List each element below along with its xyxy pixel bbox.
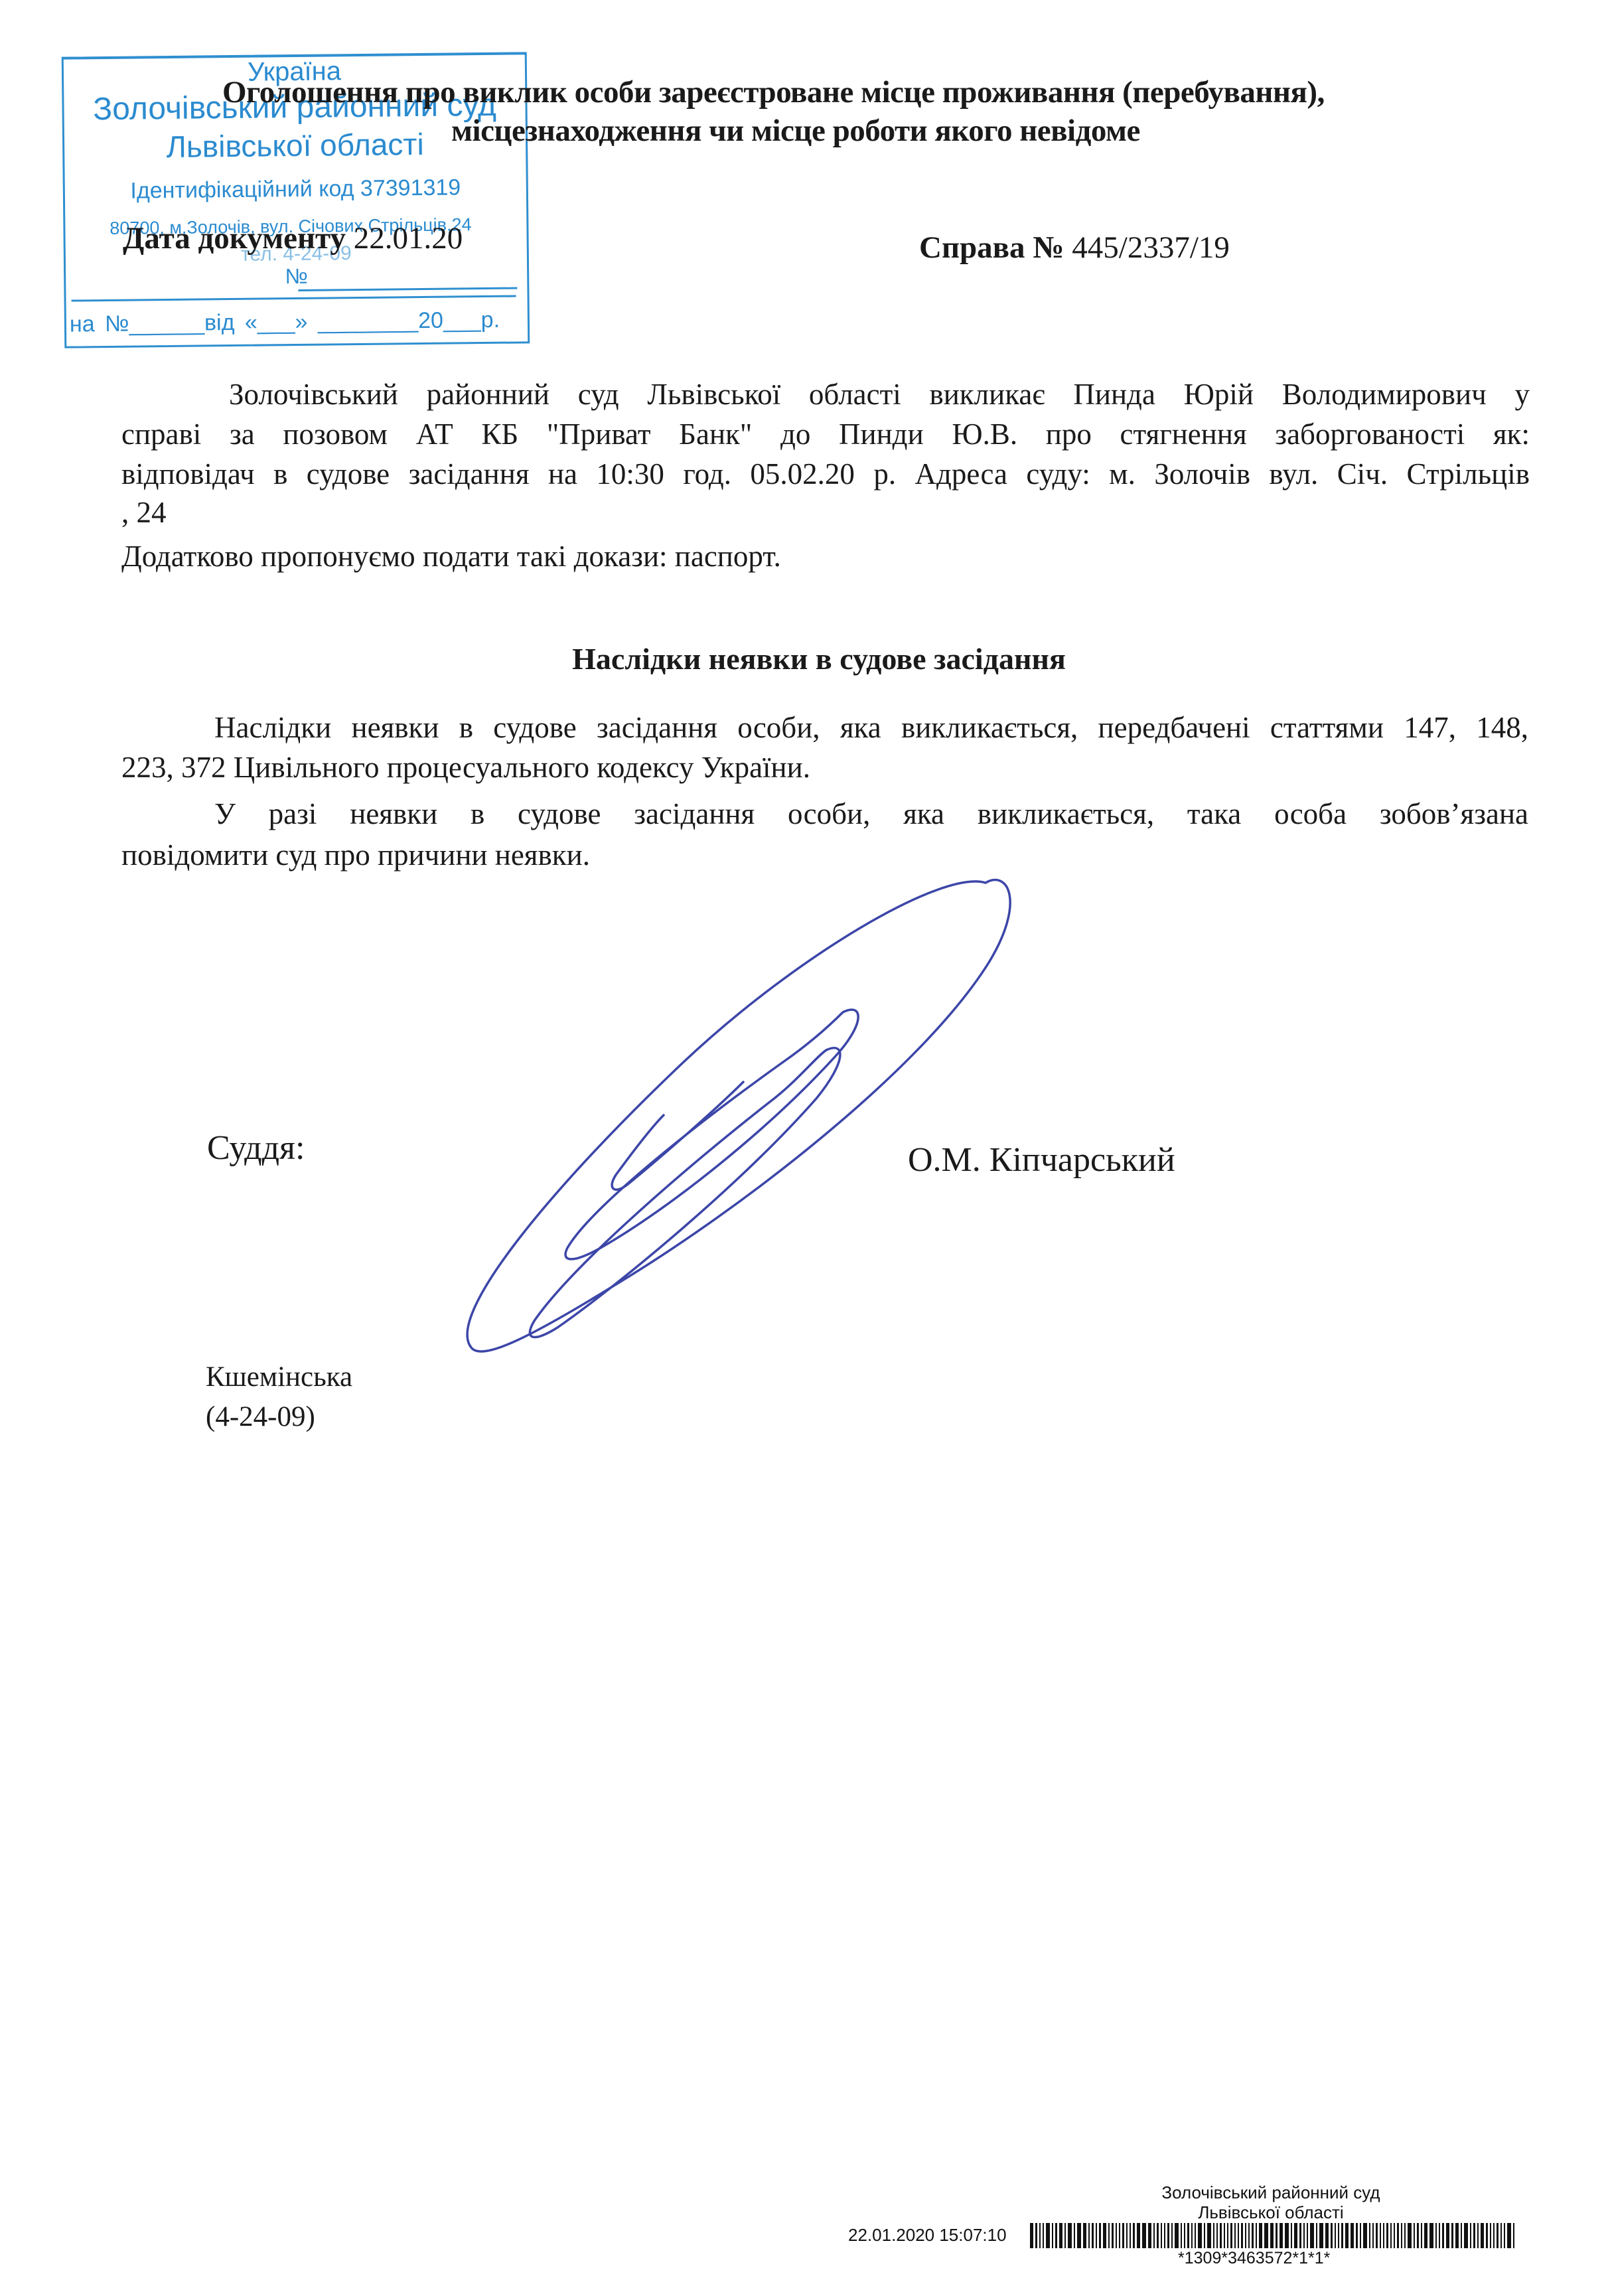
barcode-bar [1148, 2223, 1151, 2248]
barcode-bar [1270, 2223, 1274, 2248]
barcode-bar [1404, 2223, 1406, 2248]
barcode-bar [1331, 2223, 1332, 2248]
barcode-bar [1397, 2223, 1398, 2248]
barcode-bar [1175, 2223, 1178, 2248]
barcode-bar [1394, 2223, 1395, 2248]
barcode-bar [1513, 2223, 1514, 2248]
barcode-bar [1429, 2223, 1433, 2248]
barcode-bar [1161, 2223, 1162, 2248]
barcode-bar [1064, 2223, 1066, 2248]
barcode-bar [1424, 2223, 1427, 2248]
consequences-heading: Наслідки неявки в судове засідання [0, 641, 1608, 676]
barcode-bar [1157, 2223, 1158, 2248]
consequences-p1-line1: Наслідки неявки в судове засідання особи… [214, 710, 1528, 745]
judge-name: О.М. Кіпчарський [908, 1140, 1175, 1180]
executor-phone: (4-24-09) [206, 1401, 315, 1433]
barcode-bar [1439, 2223, 1440, 2248]
barcode-bar [1291, 2223, 1292, 2248]
stamp-reference: на №______від «___» ________20___р. [70, 307, 531, 337]
footer-court-line2: Львівської області [1158, 2202, 1384, 2223]
barcode-bar [1390, 2223, 1392, 2248]
barcode-bar [1227, 2223, 1228, 2248]
barcode-bar [1376, 2223, 1377, 2248]
barcode-bar [1191, 2223, 1193, 2248]
document-date: Дата документу 22.01.20 [123, 220, 463, 256]
barcode-bar [1052, 2223, 1053, 2248]
stamp-id-code: Ідентифікаційний код 37391319 [65, 174, 526, 204]
barcode-bar [1068, 2223, 1071, 2248]
barcode-bar [1122, 2223, 1124, 2248]
barcode-bar [1213, 2223, 1214, 2248]
consequences-p2-line2: повідомити суд про причини неявки. [121, 838, 590, 872]
barcode-bar [1408, 2223, 1411, 2248]
barcode-bar [1055, 2223, 1057, 2248]
handwritten-signature [372, 863, 1035, 1367]
barcode-bar [1184, 2223, 1185, 2248]
barcode-bar [1035, 2223, 1037, 2248]
barcode-bar [1455, 2223, 1459, 2248]
barcode-bar [1130, 2223, 1131, 2248]
barcode-bar [1369, 2223, 1370, 2248]
barcode-bar [1383, 2223, 1384, 2248]
barcode-bar [1303, 2223, 1305, 2248]
barcode-bar [1276, 2223, 1277, 2248]
barcode-bar [1099, 2223, 1100, 2248]
barcode-bar [1319, 2223, 1323, 2248]
stamp-divider [72, 295, 516, 302]
barcode-bar [1030, 2223, 1033, 2248]
barcode-bar [1245, 2223, 1246, 2248]
consequences-p1-line2: 223, 372 Цивільного процесуального кодек… [121, 750, 810, 785]
barcode-bar [1264, 2223, 1268, 2248]
barcode-bar [1234, 2223, 1236, 2248]
barcode-bar [1325, 2223, 1329, 2248]
barcode-bar [1380, 2223, 1381, 2248]
barcode-bar [1039, 2223, 1041, 2248]
barcode-bar [1103, 2223, 1106, 2248]
barcode-bar [1279, 2223, 1283, 2248]
document-title-line2: місцезнаходження чи місце роботи якого н… [451, 113, 1140, 149]
barcode-bar [1338, 2223, 1339, 2248]
barcode-bar [1461, 2223, 1462, 2248]
barcode-bar [1446, 2223, 1449, 2248]
barcode-bar [1092, 2223, 1093, 2248]
barcode-bar [1486, 2223, 1487, 2248]
barcode-bar [1356, 2223, 1357, 2248]
barcode-bar [1252, 2223, 1253, 2248]
barcode-bar [1372, 2223, 1374, 2248]
barcode-bar [1046, 2223, 1049, 2248]
barcode-bar [1119, 2223, 1120, 2248]
barcode-bar [1171, 2223, 1173, 2248]
barcode-bar [1507, 2223, 1510, 2248]
barcode-bar [1204, 2223, 1205, 2248]
barcode-bar [1112, 2223, 1113, 2248]
case-label: Справа № [919, 230, 1064, 265]
barcode-bar [1497, 2223, 1498, 2248]
barcode-bar [1299, 2223, 1301, 2248]
barcode-bar [1096, 2223, 1097, 2248]
barcode-bar [1341, 2223, 1343, 2248]
barcode-bar [1241, 2223, 1242, 2248]
case-number: Справа № 445/2337/19 [919, 230, 1230, 266]
barcode-bar [1126, 2223, 1128, 2248]
barcode-bar [1386, 2223, 1388, 2248]
barcode-bar [1238, 2223, 1239, 2248]
barcode-bar [1294, 2223, 1297, 2248]
document-title-line1: Оголошення про виклик особи зареєстрован… [222, 74, 1325, 110]
barcode-bar [1421, 2223, 1422, 2248]
barcode-bar [1137, 2223, 1140, 2248]
barcode-bar [1307, 2223, 1308, 2248]
barcode-bar [1256, 2223, 1257, 2248]
barcode-bar [1248, 2223, 1250, 2248]
barcode-bar [1345, 2223, 1349, 2248]
barcode-bar [1195, 2223, 1196, 2248]
barcode-bar [1116, 2223, 1117, 2248]
footer-court-line1: Золочівський районний суд [1158, 2182, 1384, 2203]
barcode-bar [1153, 2223, 1155, 2248]
barcode [1030, 2223, 1514, 2248]
barcode-bar [1207, 2223, 1210, 2248]
barcode-bar [1481, 2223, 1484, 2248]
barcode-bar [1074, 2223, 1075, 2248]
barcode-bar [1164, 2223, 1165, 2248]
barcode-bar [1464, 2223, 1467, 2248]
summons-line-4: , 24 [121, 495, 167, 530]
barcode-bar [1310, 2223, 1313, 2248]
barcode-bar [1043, 2223, 1044, 2248]
barcode-bar [1351, 2223, 1354, 2248]
barcode-bar [1504, 2223, 1505, 2248]
date-value: 22.01.20 [354, 221, 463, 256]
barcode-bar [1360, 2223, 1361, 2248]
barcode-bar [1500, 2223, 1502, 2248]
evidence-line: Додатково пропонуємо подати такі докази:… [121, 539, 781, 574]
barcode-bar [1470, 2223, 1471, 2248]
barcode-bar [1363, 2223, 1366, 2248]
barcode-bar [1435, 2223, 1437, 2248]
executor-name: Кшемінська [206, 1361, 352, 1393]
barcode-bar [1088, 2223, 1090, 2248]
barcode-bar [1490, 2223, 1491, 2248]
barcode-bar [1473, 2223, 1475, 2248]
footer-timestamp: 22.01.2020 15:07:10 [848, 2225, 1007, 2246]
barcode-bar [1442, 2223, 1443, 2248]
barcode-bar [1216, 2223, 1218, 2248]
barcode-bar [1285, 2223, 1288, 2248]
date-label: Дата документу [123, 221, 346, 256]
barcode-bar [1133, 2223, 1134, 2248]
summons-line-3: відповідач в судове засідання на 10:30 г… [121, 457, 1530, 491]
barcode-bar [1417, 2223, 1418, 2248]
barcode-bar [1108, 2223, 1110, 2248]
barcode-bar [1493, 2223, 1495, 2248]
barcode-bar [1059, 2223, 1062, 2248]
judge-label: Суддя: [207, 1128, 305, 1168]
barcode-bar [1083, 2223, 1086, 2248]
barcode-bar [1477, 2223, 1479, 2248]
barcode-bar [1335, 2223, 1336, 2248]
barcode-bar [1142, 2223, 1145, 2248]
barcode-text: *1309*3463572*1*1* [1178, 2249, 1330, 2268]
barcode-bar [1259, 2223, 1262, 2248]
case-value: 445/2337/19 [1072, 230, 1230, 265]
barcode-bar [1181, 2223, 1182, 2248]
barcode-bar [1451, 2223, 1453, 2248]
barcode-bar [1316, 2223, 1317, 2248]
barcode-bar [1198, 2223, 1201, 2248]
barcode-bar [1077, 2223, 1080, 2248]
summons-line-1: Золочівський районний суд Львівської обл… [229, 377, 1530, 412]
barcode-bar [1167, 2223, 1169, 2248]
barcode-bar [1401, 2223, 1402, 2248]
barcode-bar [1220, 2223, 1221, 2248]
barcode-bar [1414, 2223, 1415, 2248]
barcode-bar [1187, 2223, 1189, 2248]
summons-line-2: справі за позовом АТ КБ "Приват Банк" до… [121, 417, 1530, 451]
consequences-p2-line1: У разі неявки в судове засідання особи, … [214, 797, 1528, 831]
barcode-bar [1230, 2223, 1232, 2248]
stamp-number-label: № [66, 262, 527, 291]
barcode-bar [1224, 2223, 1225, 2248]
